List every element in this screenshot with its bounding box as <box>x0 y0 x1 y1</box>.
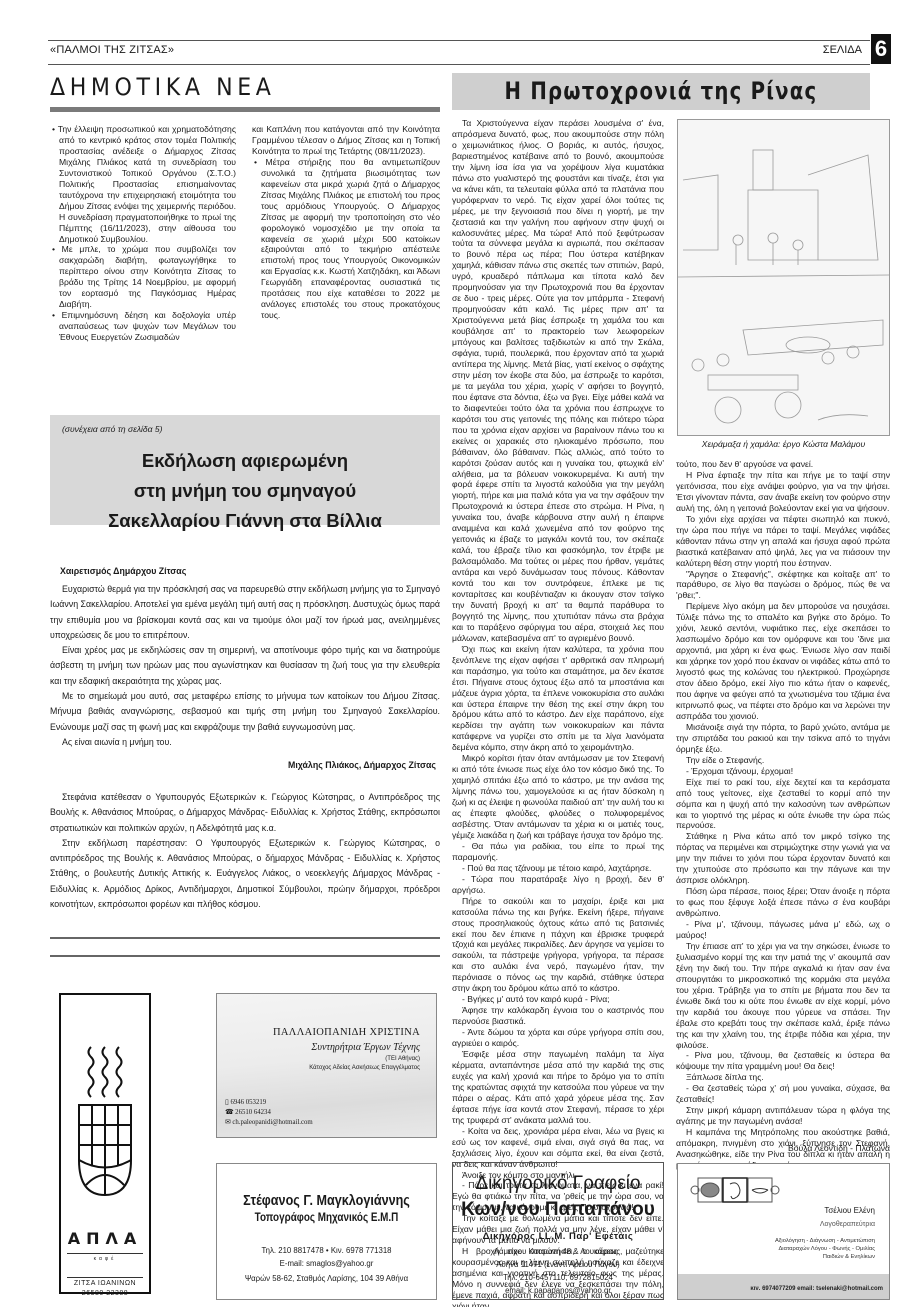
paragraph: - Θα ζεσταθείς τώρα χ' σή μου γυναίκα, σ… <box>676 1083 890 1105</box>
desc-line: Διαταραχών Λόγου - Φωνής - Ομιλίας <box>775 1245 875 1253</box>
paragraph: Το χιόνι είχε αρχίσει να πέφτει σιωπηλό … <box>676 514 890 569</box>
paragraph: Ευχαριστώ θερμά για την πρόσκλησή σας να… <box>50 582 440 643</box>
paragraph: Την έπιασε απ' το χέρι για να την σηκώσε… <box>676 941 890 1051</box>
news-item: Με μπλε, το χρώμα που συμβολίζει τον σακ… <box>50 244 236 310</box>
paragraph: - Ρίνα μ', τζάνουμ, πάγωσες μάνα μ' εδώ,… <box>676 919 890 941</box>
ad-law-office: Δικηγορικό Γραφείο Κων/νου Παπαπάνου Δικ… <box>452 1162 664 1300</box>
paragraph: Στην μικρή κάμαρη αντιπάλευαν τώρα η φλό… <box>676 1105 890 1127</box>
section-underline <box>50 107 440 112</box>
paragraph: - Βγήκες μ' αυτό τον καιρό κυρά - Ρίνα; <box>452 994 664 1005</box>
card-role: Λογοθεραπεύτρια <box>820 1221 875 1228</box>
card-role: Τοπογράφος Μηχανικός Ε.Μ.Π <box>232 1212 420 1224</box>
card-contact: κιν. 6974077209 email: tselenaki@hotmail… <box>750 1286 883 1292</box>
card-description: Αξιολόγηση - Διάγνωση - Αντιμετώπιση Δια… <box>775 1237 875 1261</box>
paragraph: Στάθηκε η Ρίνα κάτω από τον μικρό τσίγκο… <box>676 831 890 886</box>
paragraph: Πόση ώρα πέρασε, ποιος ξέρει; Όταν άνοιξ… <box>676 886 890 919</box>
paragraph: τούτο, που δεν θ' αργούσε να φανεί. <box>676 459 890 470</box>
apla-phone: 26580 22388 <box>61 1290 149 1297</box>
puzzle-brain-ear-mouth-icon <box>690 1176 790 1206</box>
desc-line: Αξιολόγηση - Διάγνωση - Αντιμετώπιση <box>775 1237 875 1245</box>
section-title-municipal-news: ΔΗΜΟΤΙΚΑ ΝΕΑ <box>50 73 276 101</box>
news-column-1: Την έλλειψη προσωπικού και χρηματοδότηση… <box>50 124 236 343</box>
ad-christina-card: ΠΑΛΛΑΙΟΠΑΝΙΔΗ ΧΡΙΣΤΙΝΑ Συντηρήτρια Έργων… <box>216 993 437 1138</box>
paragraph: Όχι πως και εκείνη ήταν καλύτερα, τα χρό… <box>452 644 664 754</box>
image-caption: Χειράμαξα ή χαμάλα: έργο Κώστα Μαλάμου <box>677 439 890 449</box>
card-name: ΠΑΛΛΑΙΟΠΑΝΙΔΗ ΧΡΙΣΤΙΝΑ <box>273 1027 420 1038</box>
coffee-cup-logo-icon <box>61 995 149 1215</box>
paragraph: Είναι χρέος μας με εκδηλώσεις σαν τη σημ… <box>50 643 440 689</box>
card-school: (ΤΕΙ Αθήνας) <box>385 1056 420 1062</box>
card-address: Ψαρών 58-62, Σταθμός Λαρίσης, 104 39 Αθή… <box>217 1274 436 1283</box>
page-number: 6 <box>871 34 891 64</box>
card-license: Κάτοχος Αδείας Ασκήσεως Επαγγέλματος <box>309 1065 420 1071</box>
news-item: Μέτρα στήριξης που θα αντιμετωπίζουν συν… <box>252 157 440 321</box>
divider <box>50 937 440 939</box>
divider <box>50 955 440 957</box>
apla-subtitle: καφέ <box>61 1256 149 1262</box>
card-email: email: k.papapanos@yahoo.gr <box>453 1286 663 1295</box>
card-role: Δικηγόρος LL.M. Παρ' Εφέταις <box>453 1231 663 1242</box>
paragraph: - Έρχομαι τζάνουμ, έρχομαι! <box>676 766 890 777</box>
event-report: Στεφάνια κατέθεσαν ο Υφυπουργός Εξωτερικ… <box>50 790 440 912</box>
card-address-1: Λάμπρου Κατσώνη 48 & Λουκάρεως, <box>453 1247 663 1256</box>
divider <box>67 1277 143 1278</box>
greeting-body: Ευχαριστώ θερμά για την πρόσκλησή σας να… <box>50 582 440 750</box>
paragraph: Μικρό κορίτσι ήταν όταν αντάμωσαν με τον… <box>452 753 664 841</box>
paragraph: Μισάνοιξε σιγά την πόρτα, το βαρύ χνώτο,… <box>676 722 890 755</box>
card-name: Κων/νου Παπαπάνου <box>453 1199 663 1221</box>
title-line: στη μνήμη του σμηναγού <box>50 476 440 506</box>
paragraph: Είχε πιεί το ρακί του, είχε δεχτεί και τ… <box>676 777 890 832</box>
pencil-sketch-image <box>677 119 890 436</box>
paragraph: Τα Χριστούγεννα είχαν περάσει λουσμένα σ… <box>452 118 664 644</box>
desc-line: Παιδιών & Ενηλίκων <box>775 1253 875 1261</box>
header-rule-top <box>48 40 870 41</box>
header-rule-bottom <box>48 64 870 65</box>
ad-stefanos-surveyor: Στέφανος Γ. Μαγκλογιάννης Τοπογράφος Μηχ… <box>216 1163 437 1300</box>
paragraph: Την είδε ο Στεφανής. <box>676 755 890 766</box>
news-item: Επιμνημόσυνη δέηση και δοξολογία υπέρ αν… <box>50 310 236 343</box>
story-column-2: τούτο, που δεν θ' αργούσε να φανεί. Η Ρί… <box>676 459 890 1171</box>
continuation-note: (συνέχεια από τη σελίδα 5) <box>62 424 162 434</box>
paragraph: - Πού θα πας τζάνουμ με τέτοιο καιρό, λα… <box>452 863 664 874</box>
card-name: Τσέλιου Ελένη <box>824 1206 875 1215</box>
apla-brand-name: ΑΠΛΑ <box>61 1229 149 1248</box>
paragraph: Άφησε την καλόκαρδη έγνοια του ο καστριν… <box>452 1005 664 1027</box>
paragraph: Ας είναι αιωνία η μνήμη του. <box>50 735 440 750</box>
sketch-illustration-icon <box>678 120 889 435</box>
paragraph: Περίμενε λίγο ακόμη μα δεν μπορούσε να η… <box>676 601 890 721</box>
title-line: Σακελλαρίου Γιάννη στα Βίλλια <box>50 506 440 536</box>
telephone-icon: ☎ <box>225 1109 235 1116</box>
card-name: Στέφανος Γ. Μαγκλογιάννης <box>235 1192 419 1209</box>
paragraph: Ξάπλωσε δίπλα της. <box>676 1072 890 1083</box>
paragraph: "Άργησε ο Στεφανής", σκέφτηκε και κοίταξ… <box>676 569 890 602</box>
card-email: ch.paleopanidi@hotmail.com <box>232 1119 312 1126</box>
paragraph: Η Ρίνα έφτιαξε την πίτα και πήγε με το τ… <box>676 470 890 514</box>
card-role: Συντηρήτρια Έργων Τέχνης <box>311 1042 420 1053</box>
ad-speech-therapist: Τσέλιου Ελένη Λογοθεραπεύτρια Αξιολόγηση… <box>677 1163 890 1300</box>
card-address-2: Αθήνα 11471 (έναντι Αρείου Πάγου) <box>453 1260 663 1269</box>
card-contacts: ▯ 6946 053219 ☎ 26510 64234 ✉ ch.paleopa… <box>225 1098 313 1128</box>
divider <box>67 1253 143 1254</box>
card-phones: Τηλ. 210 8817478 • Κιν. 6978 771318 <box>217 1246 436 1255</box>
card-email: E-mail: smaglos@yahoo.gr <box>217 1259 436 1268</box>
paragraph: Στην εκδήλωση παρέστησαν: Ο Υφυπουργός Ε… <box>50 836 440 912</box>
card-title: Δικηγορικό Γραφείο <box>453 1173 663 1195</box>
card-phones: Τηλ: 210-6457110, 6972815024 <box>453 1273 663 1282</box>
story-title: Η Πρωτοχρονιά της Ρίνας <box>490 77 833 105</box>
paragraph: - Θα πάω για ραδίκια, του είπε το πρωί τ… <box>452 841 664 863</box>
paragraph: - Ρίνα μου, τζάνουμ, θα ζεσταθείς κι ύστ… <box>676 1050 890 1072</box>
story-author: Βούλα Λεοντίδη - Πλάτωνα <box>676 1143 890 1153</box>
card-phone: 26510 64234 <box>235 1109 271 1116</box>
ad-apla-cafe: ΑΠΛΑ καφέ ΖΙΤΣΑ ΙΩΑΝΙΝΩΝ 26580 22388 <box>59 993 151 1294</box>
title-line: Εκδήλωση αφιερωμένη <box>50 446 440 476</box>
apla-location: ΖΙΤΣΑ ΙΩΑΝΙΝΩΝ <box>61 1280 149 1287</box>
event-article-title: Εκδήλωση αφιερωμένη στη μνήμη του σμηναγ… <box>50 446 440 536</box>
story-column-1: Τα Χριστούγεννα είχαν περάσει λουσμένα σ… <box>452 118 664 1307</box>
news-column-2: και Καπλάνη που κατάγονται από την Κοινό… <box>252 124 440 321</box>
paragraph: - Τώρα που παρατάραξε λίγο η βροχή, δεν … <box>452 874 664 896</box>
paragraph: Έσφιξε μέσα στην παγωμένη παλάμη τα λίγα… <box>452 1049 664 1126</box>
page-label: ΣΕΛΙΔΑ <box>823 44 862 56</box>
greeting-heading: Χαιρετισμός Δημάρχου Ζίτσας <box>60 566 186 576</box>
mayor-signature: Μιχάλης Πλιάκος, Δήμαρχος Ζίτσας <box>240 760 436 770</box>
paragraph: Πήρε το σακούλι και το μαχαίρι, έριξε κα… <box>452 896 664 995</box>
news-item: Την έλλειψη προσωπικού και χρηματοδότηση… <box>50 124 236 244</box>
news-item-continuation: και Καπλάνη που κατάγονται από την Κοινό… <box>252 124 440 157</box>
paragraph: Στεφάνια κατέθεσαν ο Υφυπουργός Εξωτερικ… <box>50 790 440 836</box>
card-mobile: 6946 053219 <box>230 1099 266 1106</box>
paragraph: Με το σημείωμά μου αυτό, σας μεταφέρω επ… <box>50 689 440 735</box>
paragraph: - Άντε δώμου τα χόρτα και σύρε γρήγορα σ… <box>452 1027 664 1049</box>
newspaper-name: «ΠΑΛΜΟΙ ΤΗΣ ΖΙΤΣΑΣ» <box>50 44 174 56</box>
